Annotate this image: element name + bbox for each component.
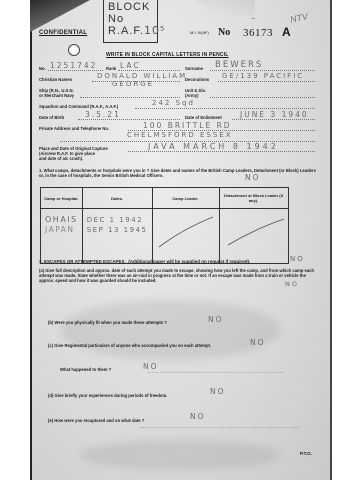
number-label: No. (39, 66, 46, 71)
column-header-camp: Camp or Hospital. (41, 188, 83, 209)
surname-value: BEWERS (215, 60, 263, 70)
address-value-2: CHELMSFORD ESSEX (127, 131, 233, 139)
field-line (80, 97, 180, 98)
surname-label: Surname (185, 66, 203, 71)
dob-label: Date of Birth (39, 115, 64, 120)
camp-cell: OHAIS JAPAN (41, 209, 83, 264)
block-stamp: BLOCK No R.A.F.10⁵ (103, 0, 158, 43)
question-2b: (b) Were you physically fit when you mad… (48, 320, 167, 325)
column-header-dates: Dates. (82, 188, 152, 209)
answer-2a: NO (285, 280, 299, 288)
answer-2c: NO (250, 338, 266, 347)
serial-suffix: A (282, 25, 291, 39)
answer-2e: NO (190, 412, 206, 421)
camp-leader-cell (152, 209, 219, 264)
capture-value: JAVA MARCH 8 1942 (148, 142, 279, 151)
squadron-label: Squadron and Command (R.A.F., A.A.F.) (39, 104, 118, 109)
field-line (218, 81, 315, 82)
section2-heading-answer: NO (290, 255, 305, 263)
address-label: Private Address and Telephone No. (39, 126, 109, 131)
question-2e: (e) How were you recaptured and on what … (48, 418, 144, 423)
stamp-handwritten: 10⁵ (144, 24, 165, 37)
field-line (140, 427, 300, 428)
punch-hole (68, 44, 80, 56)
rank-label: Rank (106, 66, 116, 71)
field-line (232, 119, 315, 120)
answer-2b: NO (208, 315, 224, 324)
strike-through-mark (153, 209, 219, 253)
service-number-value: 1251742 (50, 61, 97, 70)
answer-2c-followup: NO (143, 362, 159, 371)
stamp-line-block: BLOCK (108, 1, 153, 13)
decorations-label: Decorations (185, 77, 209, 82)
dob-value: 3.5.21 (85, 110, 121, 119)
enlistment-value: JUNE 3 1940 (240, 110, 309, 119)
address-value: 100 BRITTLE RD (143, 121, 232, 130)
form-code: M.I. 9/(AF) (190, 30, 209, 35)
field-line (118, 70, 180, 71)
dates-cell: DEC 1 1942 SEP 13 1945 (82, 209, 152, 264)
field-line (210, 97, 315, 98)
answer-2d: NO (210, 387, 226, 396)
question-2d: (d) Give briefly your experiences during… (48, 393, 167, 398)
rank-value: LAC (120, 61, 141, 70)
strike-through-mark (220, 209, 288, 253)
unit-label: Unit & Div.(Army) (185, 88, 206, 98)
section1-answer: NO (245, 173, 261, 182)
section2-heading: 2. ESCAPES OR ATTEMPTED ESCAPES. (Additi… (39, 259, 250, 264)
page-footer: P.T.O. (300, 451, 312, 456)
christian-names-label: Christian Names (39, 77, 72, 82)
table-row: OHAIS JAPAN DEC 1 1942 SEP 13 1945 (41, 209, 289, 264)
column-header-camp-leader: Camp Leader. (152, 188, 219, 209)
question-2c-followup: What happened to them ? (60, 367, 111, 372)
paper-stain (80, 440, 280, 470)
field-line (128, 151, 315, 152)
column-header-detachment-leader: Detachment or Block Leader (if any). (219, 188, 288, 209)
camps-table: Camp or Hospital. Dates. Camp Leader. De… (40, 187, 289, 264)
enlistment-label: Date of Enlistment (185, 115, 222, 120)
capture-label: Place and Date of Original Capture (Airc… (39, 146, 108, 161)
field-line (148, 372, 283, 373)
detachment-leader-cell (219, 209, 288, 264)
serial-number: 36173 (243, 27, 273, 39)
paper-stain (60, 300, 280, 360)
classification-label: CONFIDENTIAL (39, 30, 87, 36)
section1-question: 1. What camps, detachments or hospitals … (39, 168, 321, 178)
form-instruction: WRITE IN BLOCK CAPITAL LETTERS IN PENCIL (106, 52, 229, 58)
field-line (210, 70, 315, 71)
decorations-value: GE/139 PACIFIC (222, 72, 304, 80)
christian-names-value-2: GEORGE (112, 80, 154, 88)
christian-names-value: DONALD WILLIAM (97, 72, 187, 80)
field-line (48, 70, 103, 71)
question-2c: (c) Give Regimental particulars of anyon… (48, 343, 211, 348)
stamp-line-raf: R.A.F.10⁵ (108, 25, 153, 37)
field-line (78, 119, 180, 120)
number-label: No (218, 27, 230, 38)
field-line (135, 108, 315, 109)
ship-label: Ship (R.N., U.S.N.or Merchant Navy (39, 88, 74, 98)
squadron-value: 242 Sqd (152, 99, 195, 107)
table-header-row: Camp or Hospital. Dates. Camp Leader. De… (41, 188, 289, 209)
question-2a: (a) Give full description and approx. da… (39, 268, 321, 283)
